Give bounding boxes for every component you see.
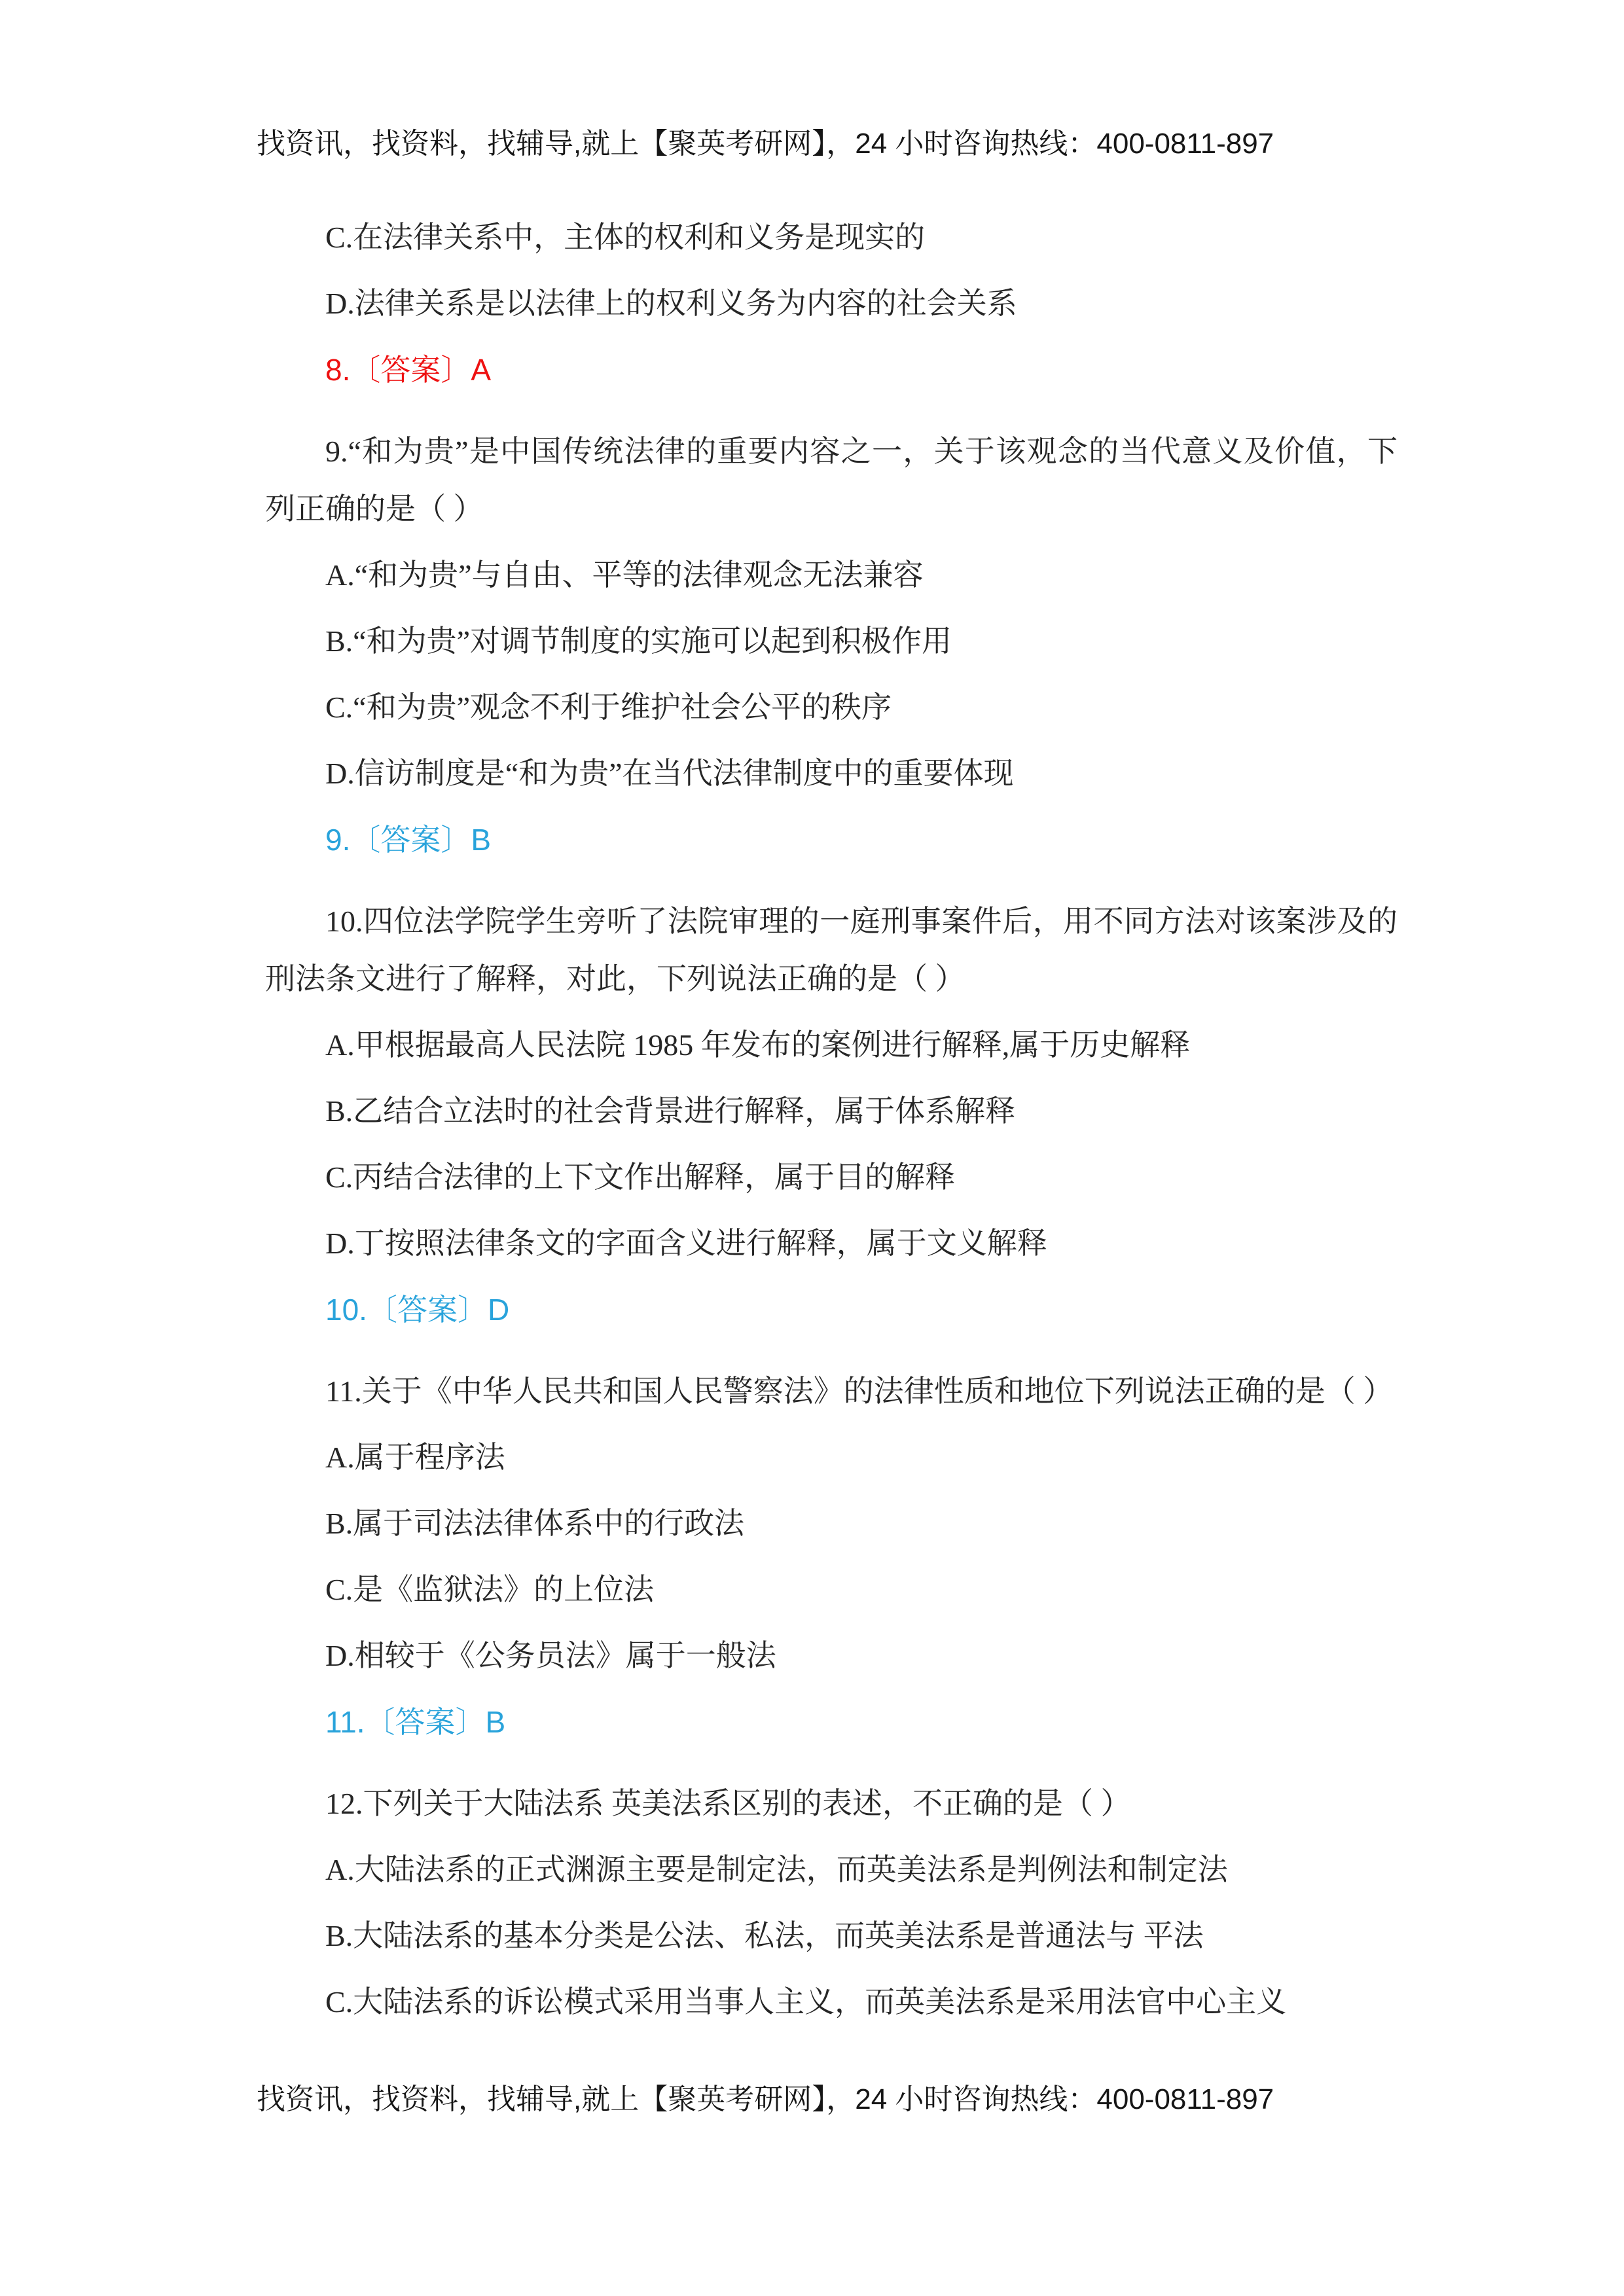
q12-option-c: C.大陆法系的诉讼模式采用当事人主义，而英美法系是采用法官中心主义	[265, 1973, 1398, 2031]
q8-option-d: D.法律关系是以法律上的权利义务为内容的社会关系	[265, 275, 1398, 332]
q11-answer: 11.〔答案〕B	[265, 1693, 1398, 1751]
q10-option-d: D.丁按照法律条文的字面含义进行解释，属于文义解释	[265, 1215, 1398, 1272]
q10-option-b: B.乙结合立法时的社会背景进行解释，属于体系解释	[265, 1083, 1398, 1140]
q9-answer: 9.〔答案〕B	[265, 811, 1398, 869]
q12-option-a: A.大陆法系的正式渊源主要是制定法，而英美法系是判例法和制定法	[265, 1841, 1398, 1899]
q9-stem: 9.“和为贵”是中国传统法律的重要内容之一，关于该观念的当代意义及价值，下列正确…	[265, 423, 1398, 538]
document-body: C.在法律关系中，主体的权利和义务是现实的 D.法律关系是以法律上的权利义务为内…	[265, 209, 1398, 2039]
q9-option-d: D.信访制度是“和为贵”在当代法律制度中的重要体现	[265, 745, 1398, 802]
q8-option-c: C.在法律关系中，主体的权利和义务是现实的	[265, 209, 1398, 266]
q11-option-c: C.是《监狱法》的上位法	[265, 1561, 1398, 1619]
page-footer: 找资讯，找资料，找辅导,就上【聚英考研网】，24 小时咨询热线：400-0811…	[257, 2083, 1274, 2117]
page-header: 找资讯，找资料，找辅导,就上【聚英考研网】，24 小时咨询热线：400-0811…	[257, 127, 1274, 161]
document-page: 找资讯，找资料，找辅导,就上【聚英考研网】，24 小时咨询热线：400-0811…	[0, 0, 1624, 2296]
q9-option-b: B.“和为贵”对调节制度的实施可以起到积极作用	[265, 613, 1398, 670]
q9-option-c: C.“和为贵”观念不利于维护社会公平的秩序	[265, 679, 1398, 736]
q11-option-d: D.相较于《公务员法》属于一般法	[265, 1627, 1398, 1685]
q8-answer: 8.〔答案〕A	[265, 341, 1398, 399]
q10-option-c: C.丙结合法律的上下文作出解释，属于目的解释	[265, 1149, 1398, 1206]
q9-option-a: A.“和为贵”与自由、平等的法律观念无法兼容	[265, 547, 1398, 604]
q10-option-a: A.甲根据最高人民法院 1985 年发布的案例进行解释,属于历史解释	[265, 1016, 1398, 1074]
q12-option-b: B.大陆法系的基本分类是公法、私法，而英美法系是普通法与 平法	[265, 1907, 1398, 1965]
q10-answer: 10.〔答案〕D	[265, 1281, 1398, 1338]
q11-option-b: B.属于司法法律体系中的行政法	[265, 1495, 1398, 1552]
q12-stem: 12.下列关于大陆法系 英美法系区别的表述，不正确的是（ ）	[265, 1775, 1398, 1833]
q11-stem: 11.关于《中华人民共和国人民警察法》的法律性质和地位下列说法正确的是（ ）	[265, 1363, 1398, 1420]
q11-option-a: A.属于程序法	[265, 1429, 1398, 1486]
q10-stem: 10.四位法学院学生旁听了法院审理的一庭刑事案件后，用不同方法对该案涉及的刑法条…	[265, 893, 1398, 1008]
